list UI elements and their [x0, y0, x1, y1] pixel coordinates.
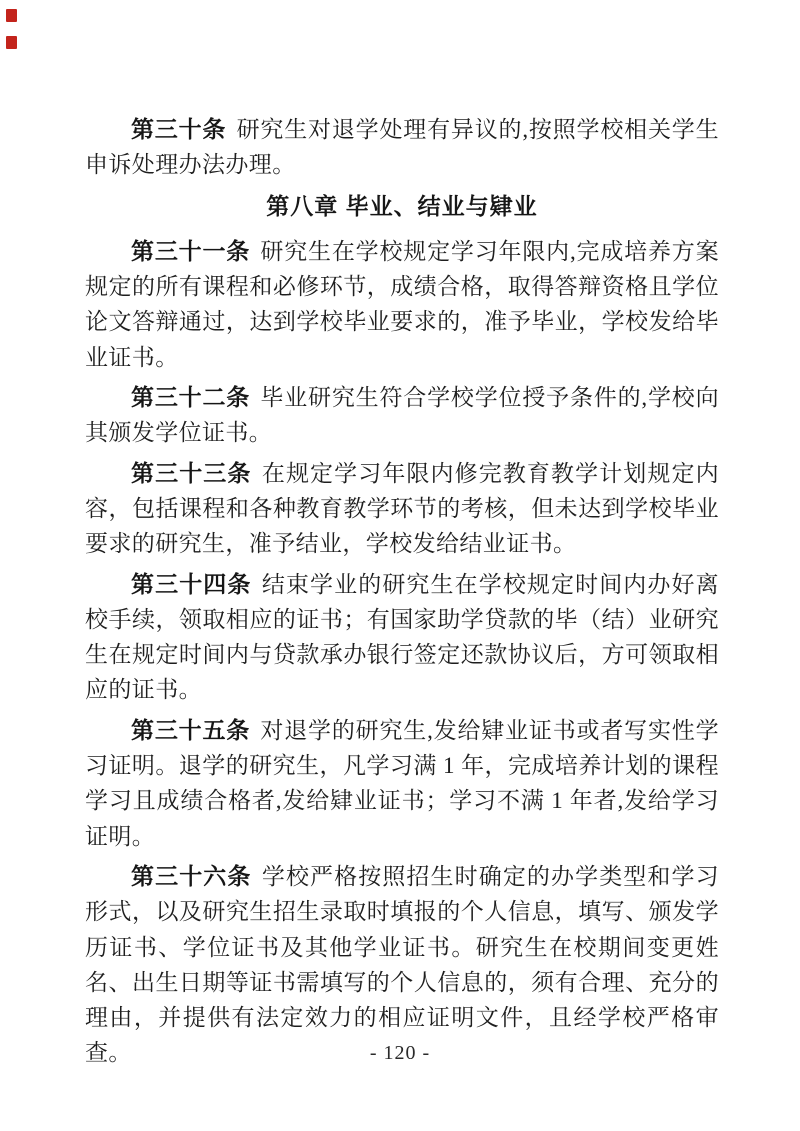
article-number: 第三十条: [131, 116, 226, 142]
article-paragraph-33: 第三十三条在规定学习年限内修完教育教学计划规定内容，包括课程和各种教育教学环节的…: [85, 456, 719, 562]
article-paragraph-35: 第三十五条对退学的研究生,发给肄业证书或者写实性学习证明。退学的研究生，凡学习满…: [85, 713, 719, 854]
article-paragraph-32: 第三十二条毕业研究生符合学校学位授予条件的,学校向其颁发学位证书。: [85, 380, 719, 451]
red-annotation-mark: [6, 9, 17, 22]
article-paragraph-36: 第三十六条学校严格按照招生时确定的办学类型和学习形式，以及研究生招生录取时填报的…: [85, 859, 719, 1071]
article-paragraph-34: 第三十四条结束学业的研究生在学校规定时间内办好离校手续，领取相应的证书；有国家助…: [85, 567, 719, 708]
article-number: 第三十五条: [131, 717, 250, 743]
article-text: 学校严格按照招生时确定的办学类型和学习形式，以及研究生招生录取时填报的个人信息，…: [85, 864, 719, 1065]
chapter-heading: 第八章 毕业、结业与肄业: [85, 189, 719, 224]
document-body: 第三十条研究生对退学处理有异议的,按照学校相关学生申诉处理办法办理。 第八章 毕…: [85, 112, 719, 1076]
article-paragraph-31: 第三十一条研究生在学校规定学习年限内,完成培养方案规定的所有课程和必修环节，成绩…: [85, 234, 719, 375]
article-number: 第三十二条: [131, 384, 250, 410]
article-number: 第三十四条: [131, 571, 252, 597]
red-annotation-mark: [6, 36, 17, 49]
page-number: - 120 -: [0, 1042, 800, 1065]
article-number: 第三十一条: [131, 238, 250, 264]
article-number: 第三十六条: [131, 863, 252, 889]
article-number: 第三十三条: [131, 460, 252, 486]
article-paragraph-30: 第三十条研究生对退学处理有异议的,按照学校相关学生申诉处理办法办理。: [85, 112, 719, 183]
document-page: 第三十条研究生对退学处理有异议的,按照学校相关学生申诉处理办法办理。 第八章 毕…: [0, 0, 800, 1131]
